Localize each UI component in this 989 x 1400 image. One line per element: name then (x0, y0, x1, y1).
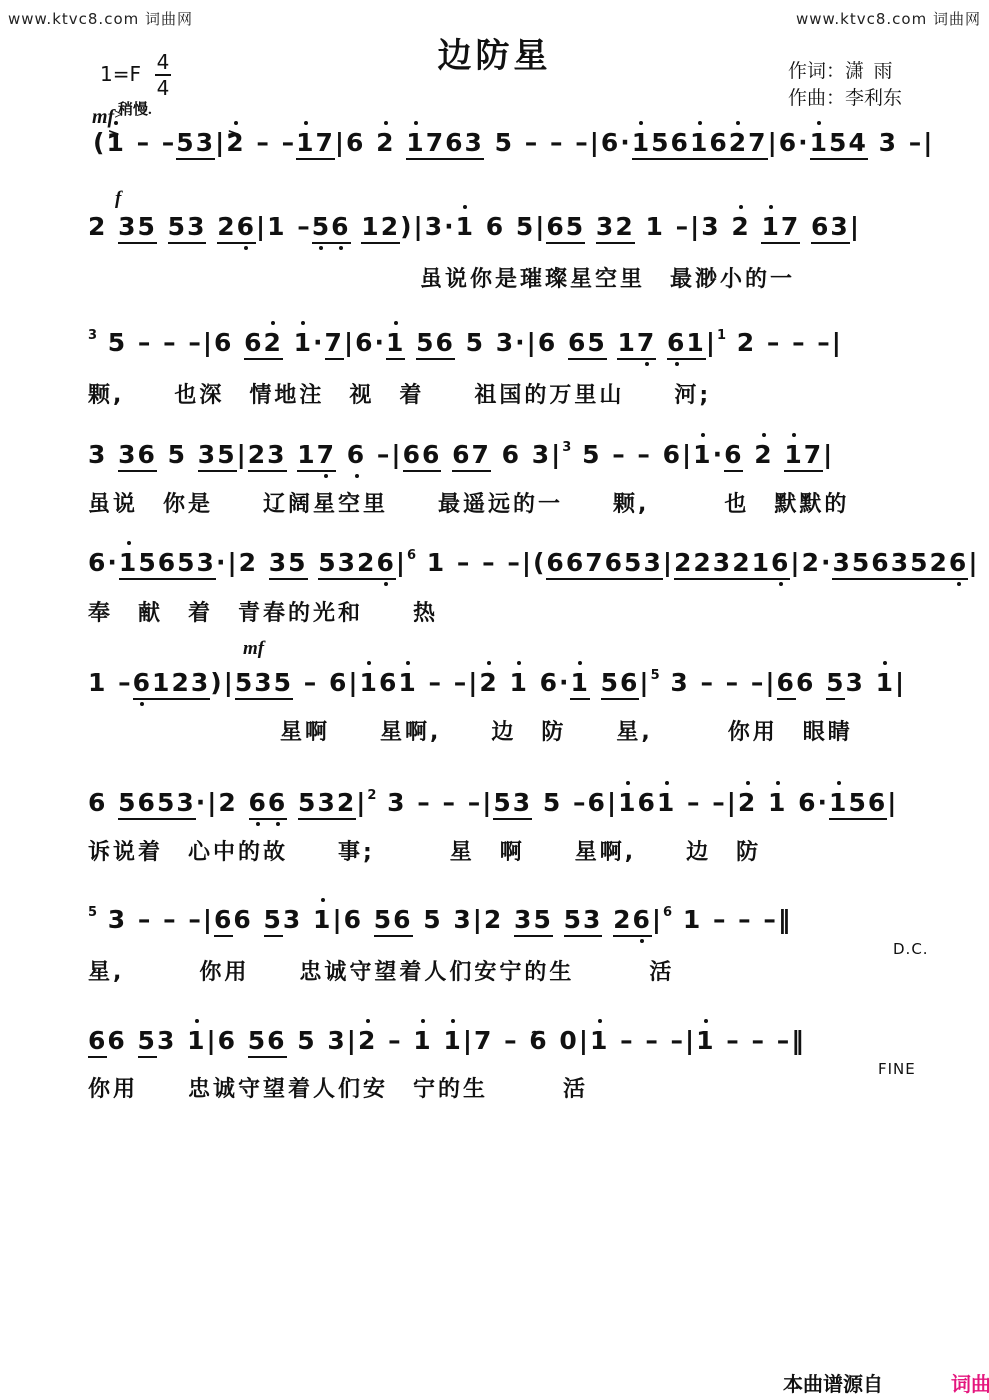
lyrics-line-8: 星, 你用 忠诚守望着人们安宁的生 活 (0, 955, 674, 986)
system-3: 3 5 – – –|6 62 1·7|6·1 56 5 3·|6 65 17 6… (0, 328, 989, 360)
sheet-music-page: www.ktvc8.com 词曲网 www.ktvc8.com 词曲网 边防星 … (0, 0, 989, 1400)
system-9: 66 53 1|6 56 5 3|2 – 1 1|7 – ~6 0|1 – – … (0, 1026, 989, 1058)
notation-line-2: 2 35 53 26|1 –56 12)|3·1 6 5|65 32 1 –|3… (0, 212, 989, 244)
dc-marking: D.C. (893, 940, 929, 958)
system-5: 6·15653·|2 35 5326|6 1 – – –|(667653|223… (0, 548, 989, 580)
credits: 作词：潇 雨作曲：李利东 (788, 58, 902, 112)
lyrics-line-9: 你用 忠诚守望着人们安 宁的生 活 (0, 1072, 588, 1103)
footer-source-text: 本曲谱源自 (783, 1372, 883, 1396)
lyrics-line-4: 虽说 你是 辽阔星空里 最遥远的一 颗, 也 默默的 (0, 487, 849, 518)
dynamic-marking-mf: mf (243, 638, 264, 660)
tempo-marking: 稍慢. (118, 98, 152, 119)
watermark-top-left: www.ktvc8.com 词曲网 (8, 8, 193, 29)
lyrics-line-6: 星啊 星啊, 边 防 星, 你用 眼睛 (0, 715, 853, 746)
fine-marking: FINE (878, 1060, 916, 1078)
key-signature: 1=F (100, 62, 141, 86)
footer-source: 本曲谱源自词曲网 (783, 1368, 989, 1397)
lyrics-line-3: 颗, 也深 情地注 视 着 祖国的万里山 河; (0, 378, 711, 409)
notation-line-4: 3 36 5 35|23 17 6 –|66 67 6 3|3 5 – – 6|… (0, 440, 989, 472)
notation-line-8: 5 3 – – –|66 53 1|6 56 5 3|2 35 53 26|6 … (0, 905, 989, 937)
time-signature-numerator: 4 (155, 50, 171, 74)
lyrics-line-7: 诉说着 心中的故 事; 星 啊 星啊, 边 防 (0, 835, 761, 866)
notation-line-6: 1 –6123)|535 – 6|161 – –|2 1 6·1 56|5 3 … (0, 668, 989, 700)
notation-line-3: 3 5 – – –|6 62 1·7|6·1 56 5 3·|6 65 17 6… (0, 328, 989, 360)
system-7: 6 5653·|2 66 532|2 3 – – –|53 5 –6|161 –… (0, 788, 989, 820)
lyricist-credit: 作词：潇 雨 (788, 61, 893, 82)
notation-line-5: 6·15653·|2 35 5326|6 1 – – –|(667653|223… (0, 548, 989, 580)
system-2: f 2 35 53 26|1 –56 12)|3·1 6 5|65 32 1 –… (0, 212, 989, 244)
lyrics-line-2: 虽说你是璀璨星空里 最渺小的一 (0, 262, 795, 293)
watermark-top-right: www.ktvc8.com 词曲网 (796, 8, 981, 29)
dynamic-marking-f: f (115, 188, 121, 210)
system-6: mf 1 –6123)|535 – 6|161 – –|2 1 6·1 56|5… (0, 668, 989, 700)
time-signature-denominator: 4 (155, 76, 171, 100)
lyrics-line-5: 奉 献 着 青春的光和 热 (0, 596, 438, 627)
system-4: 3 36 5 35|23 17 6 –|66 67 6 3|3 5 – – 6|… (0, 440, 989, 472)
time-signature: 4 4 (155, 50, 171, 100)
composer-credit: 作曲：李利东 (788, 88, 902, 109)
notation-line-9: 66 53 1|6 56 5 3|2 – 1 1|7 – ~6 0|1 – – … (0, 1026, 989, 1058)
system-8: 5 3 – – –|66 53 1|6 56 5 3|2 35 53 26|6 … (0, 905, 989, 937)
notation-line-1: (>1 – –53|>2 – –17|6 2 1763 5 – – –|6·15… (0, 128, 989, 160)
footer-site-name: 词曲网 (951, 1372, 989, 1396)
system-1: (>1 – –53|>2 – –17|6 2 1763 5 – – –|6·15… (0, 128, 989, 160)
notation-line-7: 6 5653·|2 66 532|2 3 – – –|53 5 –6|161 –… (0, 788, 989, 820)
